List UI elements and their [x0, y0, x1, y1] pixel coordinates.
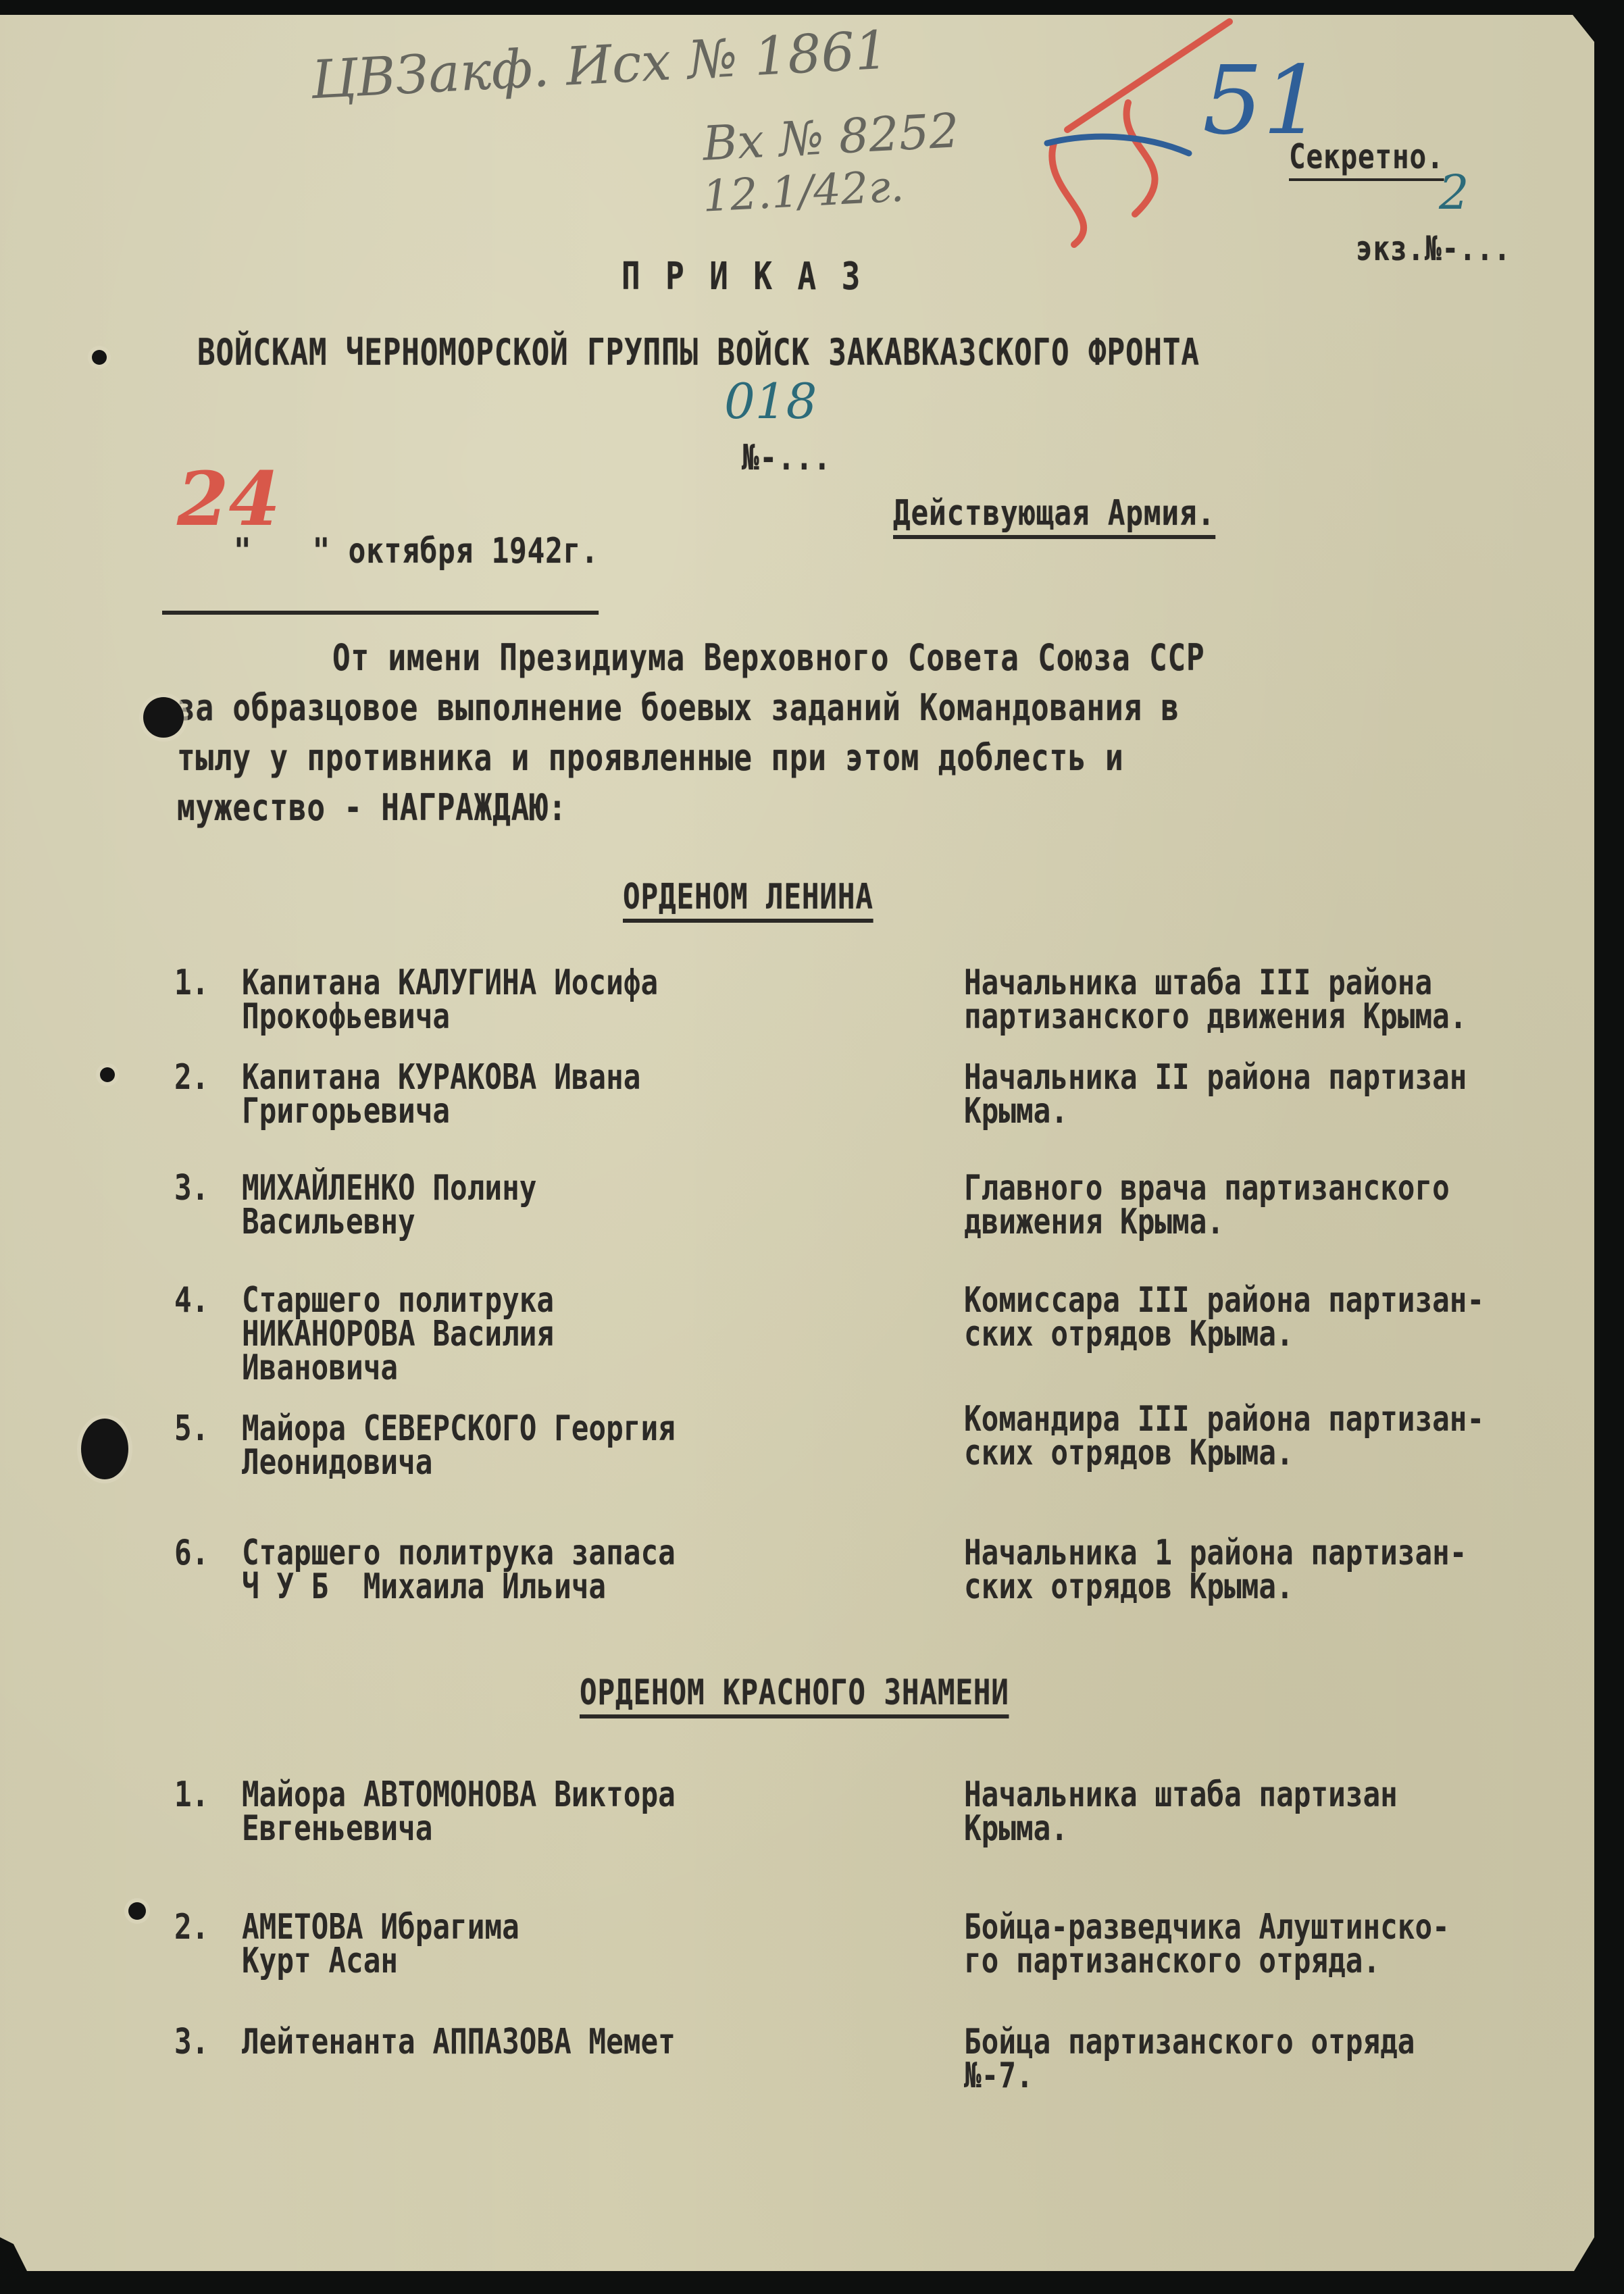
date-quote-close: ": [313, 531, 330, 571]
award-position-line: №-7.: [964, 2059, 1034, 2093]
punch-hole: [100, 1067, 115, 1082]
award-name-line: Ч У Б Михаила Ильича: [242, 1570, 606, 1604]
preamble-line-1: От имени Президиума Верховного Совета Со…: [332, 639, 1205, 677]
order-number-dots: ...: [778, 438, 831, 478]
award-name-line: Курт Асан: [242, 1944, 398, 1978]
award-number: 1.: [174, 1778, 209, 1812]
award-position-line: Бойца партизанского отряда: [964, 2025, 1415, 2059]
award-number: 3.: [174, 1171, 209, 1205]
punch-hole: [143, 697, 184, 738]
award-name-line: МИХАЙЛЕНКО Полину: [242, 1171, 536, 1205]
award-name-line: Васильевну: [242, 1205, 415, 1239]
award-name-line: Лейтенанта АППАЗОВА Мемет: [242, 2025, 676, 2059]
award-name-line: Евгеньевича: [242, 1812, 432, 1845]
award-position-line: ских отрядов Крыма.: [964, 1570, 1294, 1604]
award-position-line: партизанского движения Крыма.: [964, 1000, 1467, 1034]
document-subtitle: ВОЙСКАМ ЧЕРНОМОРСКОЙ ГРУППЫ ВОЙСК ЗАКАВК…: [197, 334, 1200, 372]
award-position-line: Начальника II района партизан: [964, 1061, 1467, 1094]
copy-number-label: экз.№-...: [1287, 192, 1511, 305]
classification-label: Секретно.: [1289, 138, 1444, 181]
preamble-line-3: тылу у противника и проявленные при этом…: [177, 739, 1123, 777]
award-name-line: Майора СЕВЕРСКОГО Георгия: [242, 1412, 676, 1446]
award-position-line: Начальника штаба III района: [964, 966, 1432, 1000]
award-number: 6.: [174, 1536, 209, 1570]
document-page: ЦВЗакф. Исх № 1861 Вх № 8252 12.1/42г. 5…: [0, 15, 1594, 2271]
award-position-line: ских отрядов Крыма.: [964, 1317, 1294, 1351]
award-name-line: Капитана КАЛУГИНА Иосифа: [242, 966, 658, 1000]
award-position-line: движения Крыма.: [964, 1205, 1224, 1239]
award-name-line: Леонидовича: [242, 1446, 432, 1479]
order-number-label: №-: [742, 438, 778, 478]
day-handwritten: 24: [177, 455, 280, 542]
order-number-handwritten: 018: [724, 373, 817, 430]
section-heading-order-of-red-banner: ОРДЕНОМ КРАСНОГО ЗНАМЕНИ: [580, 1674, 1009, 1718]
award-position-line: Начальника штаба партизан: [964, 1778, 1398, 1812]
punch-hole: [92, 350, 107, 365]
award-number: 2.: [174, 1910, 209, 1944]
award-name-line: Майора АВТОМОНОВА Виктора: [242, 1778, 676, 1812]
award-name-line: Старшего политрука: [242, 1283, 554, 1317]
award-position-line: Главного врача партизанского: [964, 1171, 1450, 1205]
award-position-line: Крыма.: [964, 1094, 1068, 1128]
archive-note-line3: 12.1/42г.: [701, 161, 905, 222]
document-title: П Р И К А З: [621, 258, 863, 296]
award-number: 3.: [174, 2025, 209, 2059]
award-position-line: Начальника 1 района партизан-: [964, 1536, 1467, 1570]
award-name-line: Капитана КУРАКОВА Ивана: [242, 1061, 640, 1094]
award-name-line: Прокофьевича: [242, 1000, 450, 1034]
place-label: Действующая Армия.: [893, 494, 1215, 539]
copy-dots: ...: [1459, 229, 1511, 268]
award-position-line: Командира III района партизан-: [964, 1402, 1484, 1436]
archive-note-line2: Вх № 8252: [701, 103, 961, 172]
award-position-line: го партизанского отряда.: [964, 1944, 1380, 1978]
copy-label: экз.№-: [1356, 229, 1459, 268]
award-name-line: Григорьевича: [242, 1094, 450, 1128]
award-position-line: Бойца-разведчика Алуштинско-: [964, 1910, 1450, 1944]
award-number: 1.: [174, 966, 209, 1000]
copy-number-handwritten: 2: [1439, 165, 1469, 220]
award-number: 4.: [174, 1283, 209, 1317]
award-number: 5.: [174, 1412, 209, 1446]
award-position-line: Крыма.: [964, 1812, 1068, 1845]
punch-hole: [128, 1902, 146, 1920]
award-name-line: Ивановича: [242, 1351, 398, 1385]
punch-hole: [81, 1419, 128, 1479]
award-position-line: ских отрядов Крыма.: [964, 1436, 1294, 1470]
red-crayon-55-mark: 51: [1027, 15, 1311, 258]
award-name-line: Старшего политрука запаса: [242, 1536, 676, 1570]
award-name-line: АМЕТОВА Ибрагима: [242, 1910, 519, 1944]
archive-note-line1: ЦВЗакф. Исх № 1861: [309, 20, 890, 111]
preamble-line-2: за образцовое выполнение боевых заданий …: [177, 689, 1179, 727]
award-number: 2.: [174, 1061, 209, 1094]
date-month-year: октября 1942г.: [349, 531, 599, 571]
award-position-line: Комиссара III района партизан-: [964, 1283, 1484, 1317]
award-name-line: НИКАНОРОВА Василия: [242, 1317, 554, 1351]
preamble-line-4: мужество - НАГРАЖДАЮ:: [177, 789, 567, 827]
section-heading-order-of-lenin: ОРДЕНОМ ЛЕНИНА: [623, 878, 873, 923]
